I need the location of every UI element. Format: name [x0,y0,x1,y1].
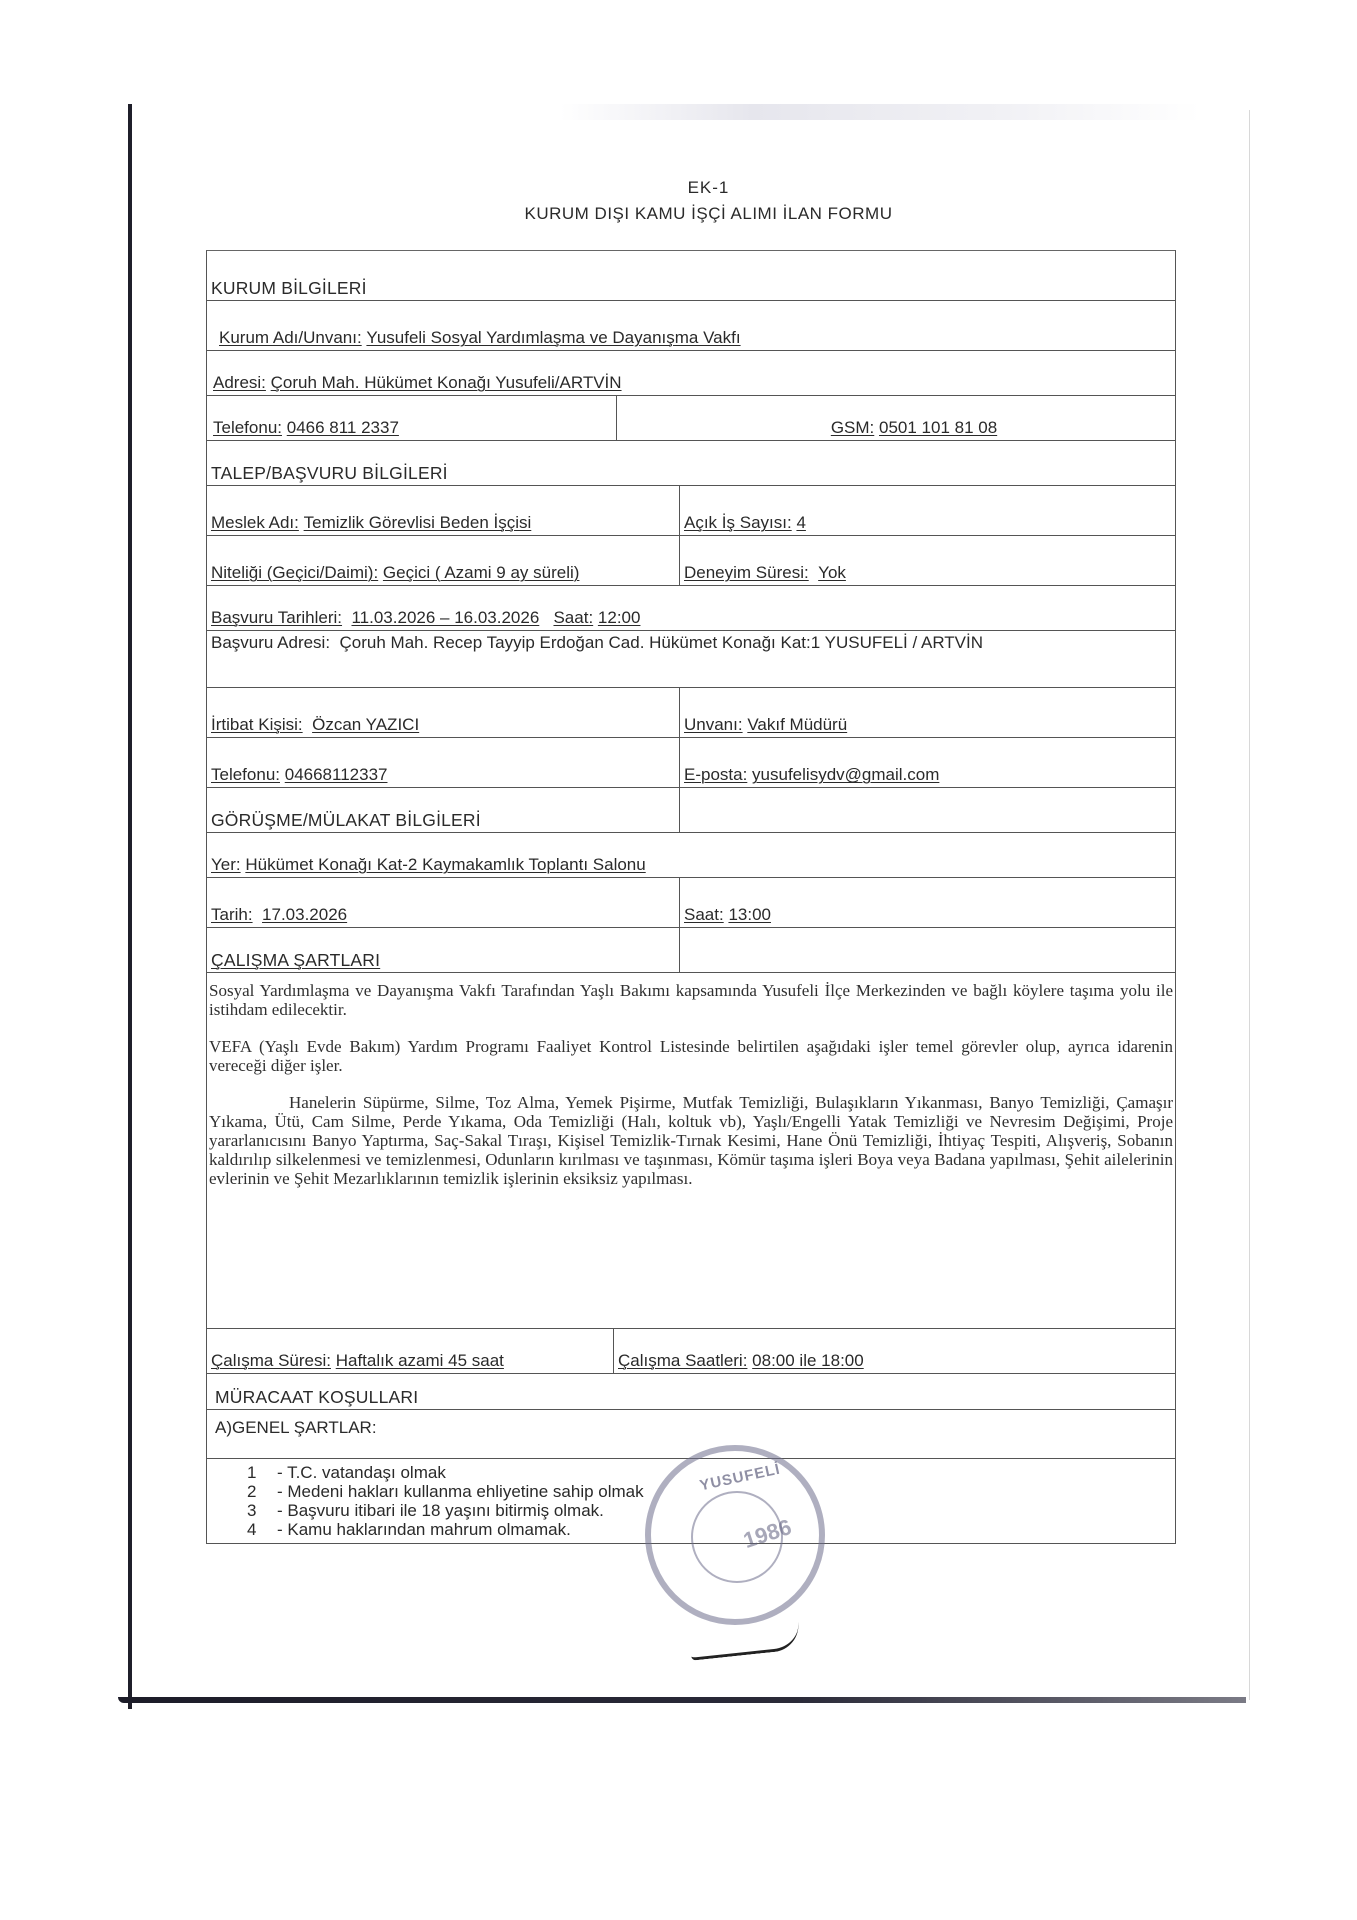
contact-phone-row: Telefonu: 04668112337 E-posta: yusufelis… [207,738,1175,788]
work-paragraph-2: VEFA (Yaşlı Evde Bakım) Yardım Programı … [209,1037,1173,1075]
requirement-number: 4 [247,1520,277,1539]
section-heading: MÜRACAAT KOŞULLARI [207,1374,1175,1409]
dates-label: Başvuru Tarihleri: [211,608,342,628]
experience-value: Yok [818,563,846,583]
requirement-text: - T.C. vatandaşı olmak [277,1463,446,1482]
duration-label: Çalışma Süresi: [211,1351,331,1371]
scan-edge-left [128,104,132,1709]
occupation-label: Meslek Adı: [211,513,299,533]
dates-value: 11.03.2026 – 16.03.2026 [351,608,539,628]
institution-address-row: Adresi: Çoruh Mah. Hükümet Konağı Yusufe… [207,351,1175,396]
duration-value: Haftalık azami 45 saat [336,1351,504,1371]
occupation-value: Temizlik Görevlisi Beden İşçisi [304,513,532,533]
requirements-list-row: 1- T.C. vatandaşı olmak2- Medeni hakları… [207,1459,1175,1544]
section-application: TALEP/BAŞVURU BİLGİLERİ [207,441,1175,486]
work-description-block: Sosyal Yardımlaşma ve Dayanışma Vakfı Ta… [207,973,1175,1329]
requirement-number: 1 [247,1463,277,1482]
institution-phone-row: Telefonu: 0466 811 2337 GSM: 0501 101 81… [207,396,1175,441]
interview-place-value: Hükümet Konağı Kat-2 Kaymakamlık Toplant… [245,855,645,875]
contact-title-value: Vakıf Müdürü [747,715,847,735]
gsm-label: GSM: [831,418,874,438]
email-label: E-posta: [684,765,747,785]
apply-address-value: Çoruh Mah. Recep Tayyip Erdoğan Cad. Hük… [340,633,984,653]
application-time-label: Saat: [553,608,593,628]
phone-value: 0466 811 2337 [287,418,399,438]
section-institution: KURUM BİLGİLERİ [207,251,1175,301]
scan-artifact [560,104,1200,120]
phone-label: Telefonu: [213,418,282,438]
interview-date-value: 17.03.2026 [262,905,347,925]
email-value[interactable]: yusufelisydv@gmail.com [752,765,939,785]
requirement-item: 1- T.C. vatandaşı olmak [247,1463,644,1482]
institution-name-value: Yusufeli Sosyal Yardımlaşma ve Dayanışma… [366,328,740,348]
contact-phone-value: 04668112337 [285,765,388,785]
section-work-conditions: ÇALIŞMA ŞARTLARI [207,928,1175,973]
institution-name-row: Kurum Adı/Unvanı: Yusufeli Sosyal Yardım… [207,301,1175,351]
section-heading: ÇALIŞMA ŞARTLARI [207,928,680,972]
work-hours-row: Çalışma Süresi: Haftalık azami 45 saat Ç… [207,1329,1175,1374]
job-announcement-form: KURUM BİLGİLERİ Kurum Adı/Unvanı: Yusufe… [206,250,1176,1544]
contact-value: Özcan YAZICI [312,715,419,735]
annex-label: EK-1 [30,178,1357,198]
work-paragraph-3: Hanelerin Süpürme, Silme, Toz Alma, Yeme… [209,1093,1173,1188]
occupation-row: Meslek Adı: Temizlik Görevlisi Beden İşç… [207,486,1175,536]
gsm-value: 0501 101 81 08 [879,418,997,438]
interview-time-label: Saat: [684,905,724,925]
contact-label: İrtibat Kişisi: [211,715,303,735]
section-interview: GÖRÜŞME/MÜLAKAT BİLGİLERİ [207,788,1175,833]
application-dates-row: Başvuru Tarihleri: 11.03.2026 – 16.03.20… [207,586,1175,631]
application-address-row: Başvuru Adresi: Çoruh Mah. Recep Tayyip … [207,631,1175,688]
contact-phone-label: Telefonu: [211,765,280,785]
scan-edge-bottom [118,1697,1246,1703]
form-title: KURUM DIŞI KAMU İŞÇİ ALIMI İLAN FORMU [30,204,1357,224]
openings-value: 4 [796,513,805,533]
hours-value: 08:00 ile 18:00 [752,1351,864,1371]
interview-place-row: Yer: Hükümet Konağı Kat-2 Kaymakamlık To… [207,833,1175,878]
apply-address-label: Başvuru Adresi: [211,633,330,653]
experience-label: Deneyim Süresi: [684,563,809,583]
address-label: Adresi: [213,373,266,393]
nature-label: Niteliği (Geçici/Daimi): [211,563,378,583]
requirement-item: 3- Başvuru itibari ile 18 yaşını bitirmi… [247,1501,644,1520]
requirement-number: 3 [247,1501,277,1520]
requirement-number: 2 [247,1482,277,1501]
hours-label: Çalışma Saatleri: [618,1351,747,1371]
general-requirements-heading-row: A)GENEL ŞARTLAR: [207,1410,1175,1459]
nature-row: Niteliği (Geçici/Daimi): Geçici ( Azami … [207,536,1175,586]
contact-row: İrtibat Kişisi: Özcan YAZICI Unvanı: Vak… [207,688,1175,738]
interview-date-label: Tarih: [211,905,253,925]
interview-date-row: Tarih: 17.03.2026 Saat: 13:00 [207,878,1175,928]
requirement-item: 4- Kamu haklarından mahrum olmamak. [247,1520,644,1539]
requirement-text: - Kamu haklarından mahrum olmamak. [277,1520,571,1539]
section-heading: KURUM BİLGİLERİ [207,251,1175,300]
general-requirements-heading: A)GENEL ŞARTLAR: [207,1410,1175,1458]
requirement-text: - Başvuru itibari ile 18 yaşını bitirmiş… [277,1501,604,1520]
section-heading: TALEP/BAŞVURU BİLGİLERİ [207,441,1175,485]
interview-time-value: 13:00 [728,905,771,925]
requirement-item: 2- Medeni hakları kullanma ehliyetine sa… [247,1482,644,1501]
requirement-text: - Medeni hakları kullanma ehliyetine sah… [277,1482,644,1501]
address-value: Çoruh Mah. Hükümet Konağı Yusufeli/ARTVİ… [271,373,622,393]
requirements-list: 1- T.C. vatandaşı olmak2- Medeni hakları… [207,1459,644,1543]
signature-mark [689,1622,801,1660]
work-paragraph-1: Sosyal Yardımlaşma ve Dayanışma Vakfı Ta… [209,981,1173,1019]
openings-label: Açık İş Sayısı: [684,513,792,533]
institution-name-label: Kurum Adı/Unvanı: [219,328,362,348]
section-heading: GÖRÜŞME/MÜLAKAT BİLGİLERİ [207,788,680,832]
scan-edge-right [1249,110,1250,1700]
application-time-value: 12:00 [598,608,641,628]
nature-value: Geçici ( Azami 9 ay süreli) [383,563,580,583]
section-requirements: MÜRACAAT KOŞULLARI [207,1374,1175,1410]
interview-place-label: Yer: [211,855,241,875]
contact-title-label: Unvanı: [684,715,743,735]
